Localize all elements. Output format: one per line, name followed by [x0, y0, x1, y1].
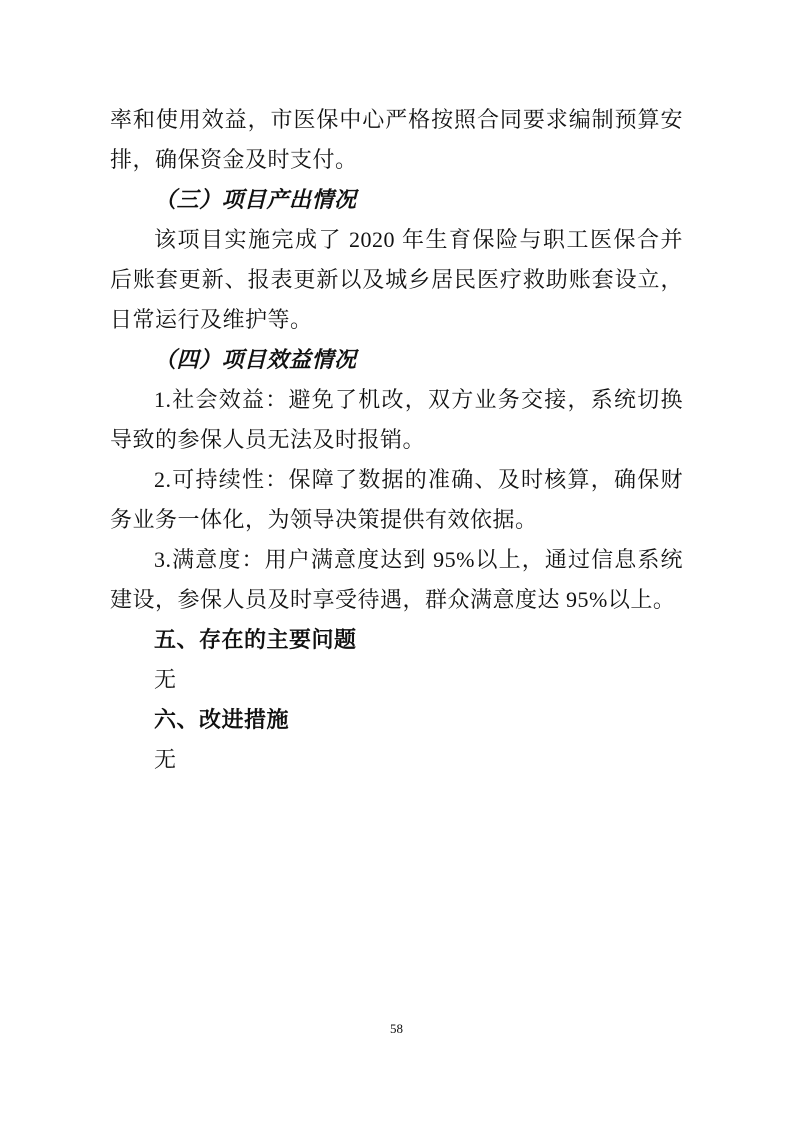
- body-paragraph: 无: [110, 660, 683, 700]
- body-paragraph: 该项目实施完成了 2020 年生育保险与职工医保合并后账套更新、报表更新以及城乡…: [110, 220, 683, 340]
- document-page: 率和使用效益，市医保中心严格按照合同要求编制预算安排，确保资金及时支付。 （三）…: [0, 0, 793, 1122]
- body-paragraph: 3.满意度：用户满意度达到 95%以上，通过信息系统建设，参保人员及时享受待遇，…: [110, 540, 683, 620]
- subsection-heading-project-output: （三）项目产出情况: [110, 180, 683, 220]
- subsection-heading-project-benefit: （四）项目效益情况: [110, 340, 683, 380]
- body-paragraph: 率和使用效益，市医保中心严格按照合同要求编制预算安排，确保资金及时支付。: [110, 100, 683, 180]
- body-paragraph: 1.社会效益：避免了机改，双方业务交接，系统切换导致的参保人员无法及时报销。: [110, 380, 683, 460]
- document-body: 率和使用效益，市医保中心严格按照合同要求编制预算安排，确保资金及时支付。 （三）…: [110, 100, 683, 780]
- section-heading-improvement-measures: 六、改进措施: [110, 700, 683, 740]
- section-heading-main-problems: 五、存在的主要问题: [110, 620, 683, 660]
- body-paragraph: 2.可持续性：保障了数据的准确、及时核算，确保财务业务一体化，为领导决策提供有效…: [110, 460, 683, 540]
- body-paragraph: 无: [110, 740, 683, 780]
- page-number: 58: [0, 1020, 793, 1038]
